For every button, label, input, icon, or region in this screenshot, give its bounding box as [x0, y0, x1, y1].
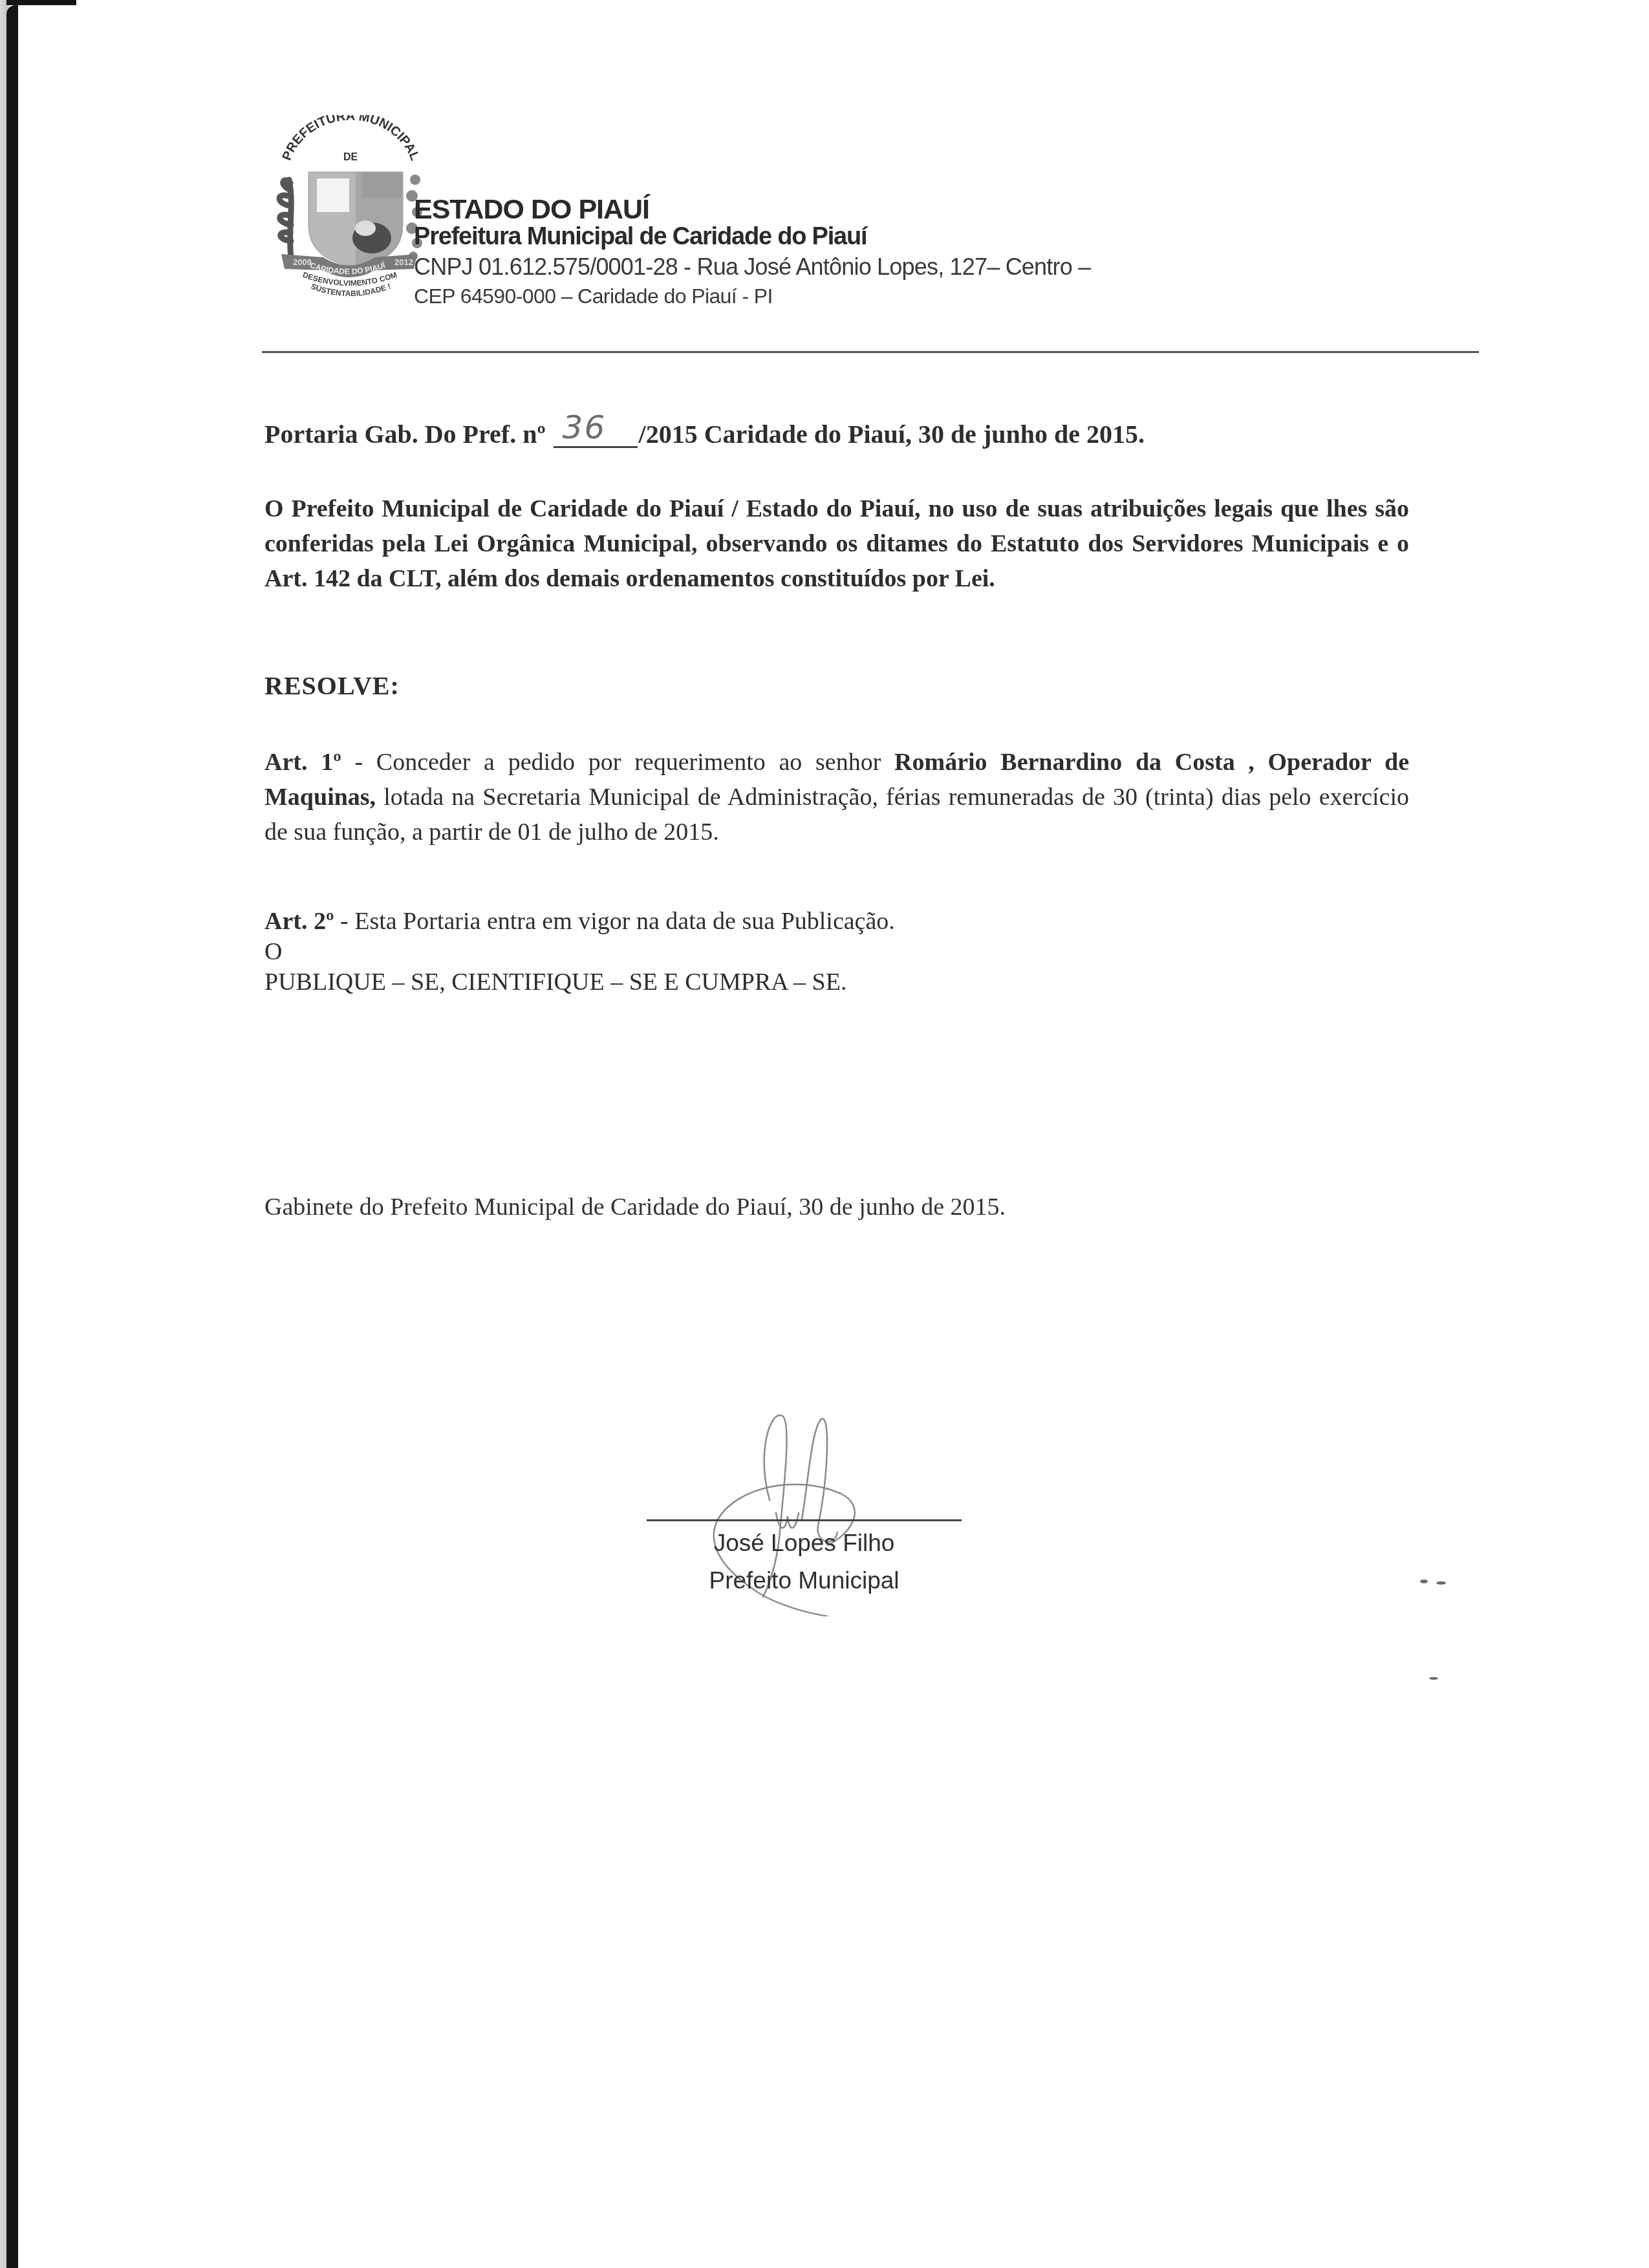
signatory-name: José Lopes Filho [647, 1530, 962, 1557]
resolve-heading: RESOLVE: [264, 670, 400, 701]
intro-paragraph: O Prefeito Municipal de Caridade do Piau… [264, 491, 1409, 596]
article-2: Art. 2º - Esta Portaria entra em vigor n… [264, 906, 1409, 998]
handwritten-ordinance-number: 36 [563, 409, 607, 446]
ordinance-title: Portaria Gab. Do Pref. nº 36/2015 Carida… [264, 419, 1145, 449]
svg-text:2009: 2009 [293, 257, 312, 267]
header-divider [262, 351, 1479, 353]
scan-border-left [6, 5, 18, 2268]
state-name: ESTADO DO PIAUÍ [414, 194, 649, 226]
closing-formula: PUBLIQUE – SE, CIENTIFIQUE – SE E CUMPRA… [264, 967, 1409, 998]
scan-border-top [6, 0, 76, 5]
svg-text:2012: 2012 [394, 257, 413, 267]
coat-of-arms-icon: PREFEITURA MUNICIPAL DE CARIDADE DO PIAU… [262, 115, 433, 309]
article-1-label: Art. 1º [264, 749, 341, 776]
svg-text:DE: DE [343, 152, 358, 163]
title-prefix: Portaria Gab. Do Pref. nº [264, 420, 546, 449]
article-1: Art. 1º - Conceder a pedido por requerim… [264, 745, 1409, 850]
signature-line [647, 1519, 962, 1521]
article-2-text: - Esta Portaria entra em vigor na data d… [334, 908, 895, 935]
article-1-text-b: lotada na Secretaria Municipal de Admini… [264, 784, 1409, 846]
cnpj-address: CNPJ 01.612.575/0001-28 - Rua José Antôn… [414, 253, 1090, 281]
ordinance-number-slot: 36 [554, 419, 638, 448]
place-and-date: Gabinete do Prefeito Municipal de Carida… [264, 1193, 1006, 1221]
article-1-text-a: - Conceder a pedido por requerimento ao … [341, 749, 894, 776]
cep-city: CEP 64590-000 – Caridade do Piauí - PI [414, 284, 773, 308]
prefecture-name: Prefeitura Municipal de Caridade do Piau… [414, 223, 867, 251]
signatory-role: Prefeito Municipal [647, 1567, 962, 1594]
article-2-label: Art. 2º [264, 908, 334, 935]
municipal-coat-of-arms: PREFEITURA MUNICIPAL DE CARIDADE DO PIAU… [262, 115, 433, 309]
stray-line: O [264, 937, 1409, 967]
title-suffix: /2015 Caridade do Piauí, 30 de junho de … [639, 420, 1145, 449]
